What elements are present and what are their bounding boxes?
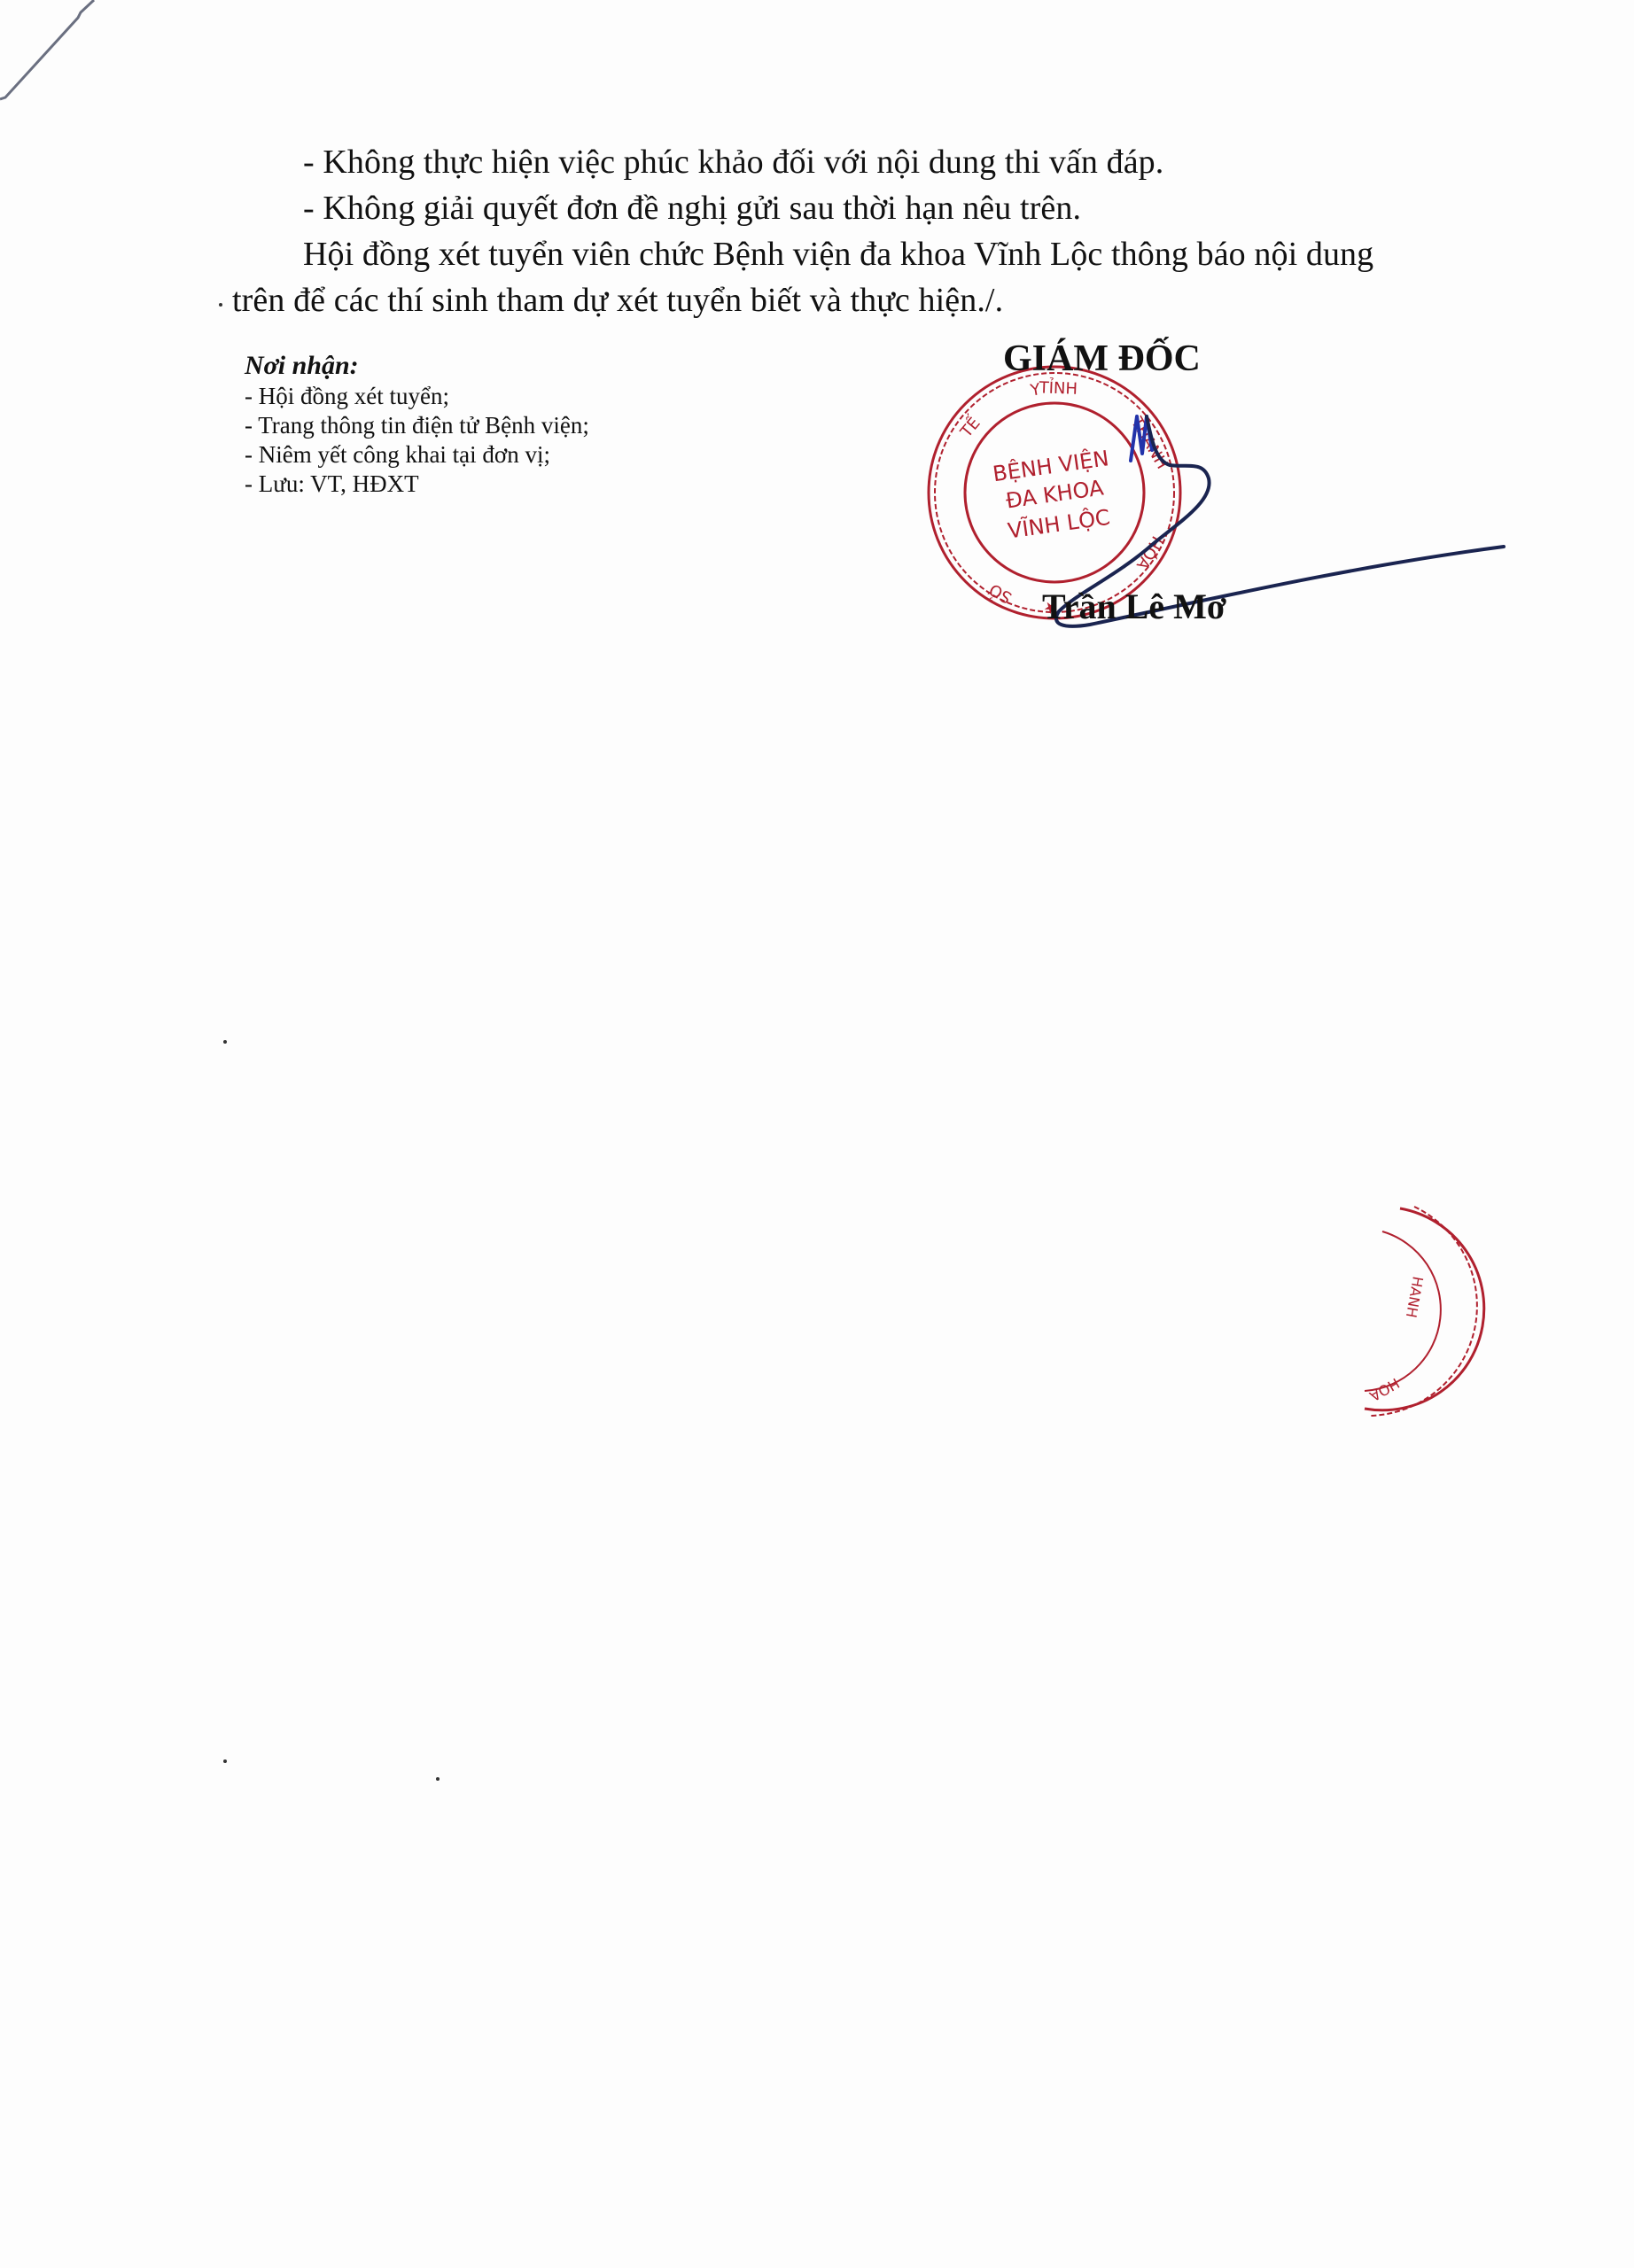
scan-speck [436,1777,440,1781]
corner-mark-icon [0,0,94,99]
signer-name: Trần Lê Mơ [1042,585,1226,629]
svg-text:ĐA KHOA: ĐA KHOA [1004,475,1105,513]
body-line-announcement: Hội đồng xét tuyển viên chức Bệnh viện đ… [303,232,1373,276]
svg-text:BỆNH VIỆN: BỆNH VIỆN [991,445,1110,486]
svg-text:HÓA: HÓA [1132,532,1167,573]
scan-speck [223,1040,227,1044]
svg-text:HOA: HOA [1366,1375,1402,1405]
svg-text:THANH: THANH [1126,413,1171,472]
recipients-list: - Hội đồng xét tuyển; - Trang thông tin … [245,382,589,499]
partial-stamp-icon: HANH HOA [1365,1207,1484,1416]
document-page: - Không thực hiện việc phúc khảo đối với… [0,0,1634,2268]
official-stamp-icon: BỆNH VIỆNĐA KHOAVĨNH LỘC YTẾTỈNHTHANHHÓA… [929,367,1180,618]
scan-speck [219,303,222,307]
signer-title: GIÁM ĐỐC [1003,337,1201,381]
svg-text:HANH: HANH [1403,1275,1427,1319]
recipient-item: - Niêm yết công khai tại đơn vị; [245,440,589,470]
svg-text:VĨNH LỘC: VĨNH LỘC [1006,503,1111,544]
recipient-item: - Trang thông tin điện tử Bệnh viện; [245,411,589,440]
recipient-item: - Hội đồng xét tuyển; [245,382,589,411]
recipient-item: - Lưu: VT, HĐXT [245,470,589,499]
svg-text:Y: Y [1028,380,1042,400]
scan-speck [223,1759,227,1763]
body-line-announcement-cont: trên để các thí sinh tham dự xét tuyển b… [232,278,1003,322]
svg-text:SỞ: SỞ [984,579,1015,609]
body-line-no-review-oral: - Không thực hiện việc phúc khảo đối với… [303,140,1163,184]
svg-text:TẾ: TẾ [954,412,984,442]
recipients-block: Nơi nhận: - Hội đồng xét tuyển; - Trang … [245,350,589,499]
recipients-title: Nơi nhận: [245,350,589,382]
stamps-and-signature: BỆNH VIỆNĐA KHOAVĨNH LỘC YTẾTỈNHTHANHHÓA… [0,0,1634,2268]
body-line-late-requests: - Không giải quyết đơn đề nghị gửi sau t… [303,186,1081,230]
